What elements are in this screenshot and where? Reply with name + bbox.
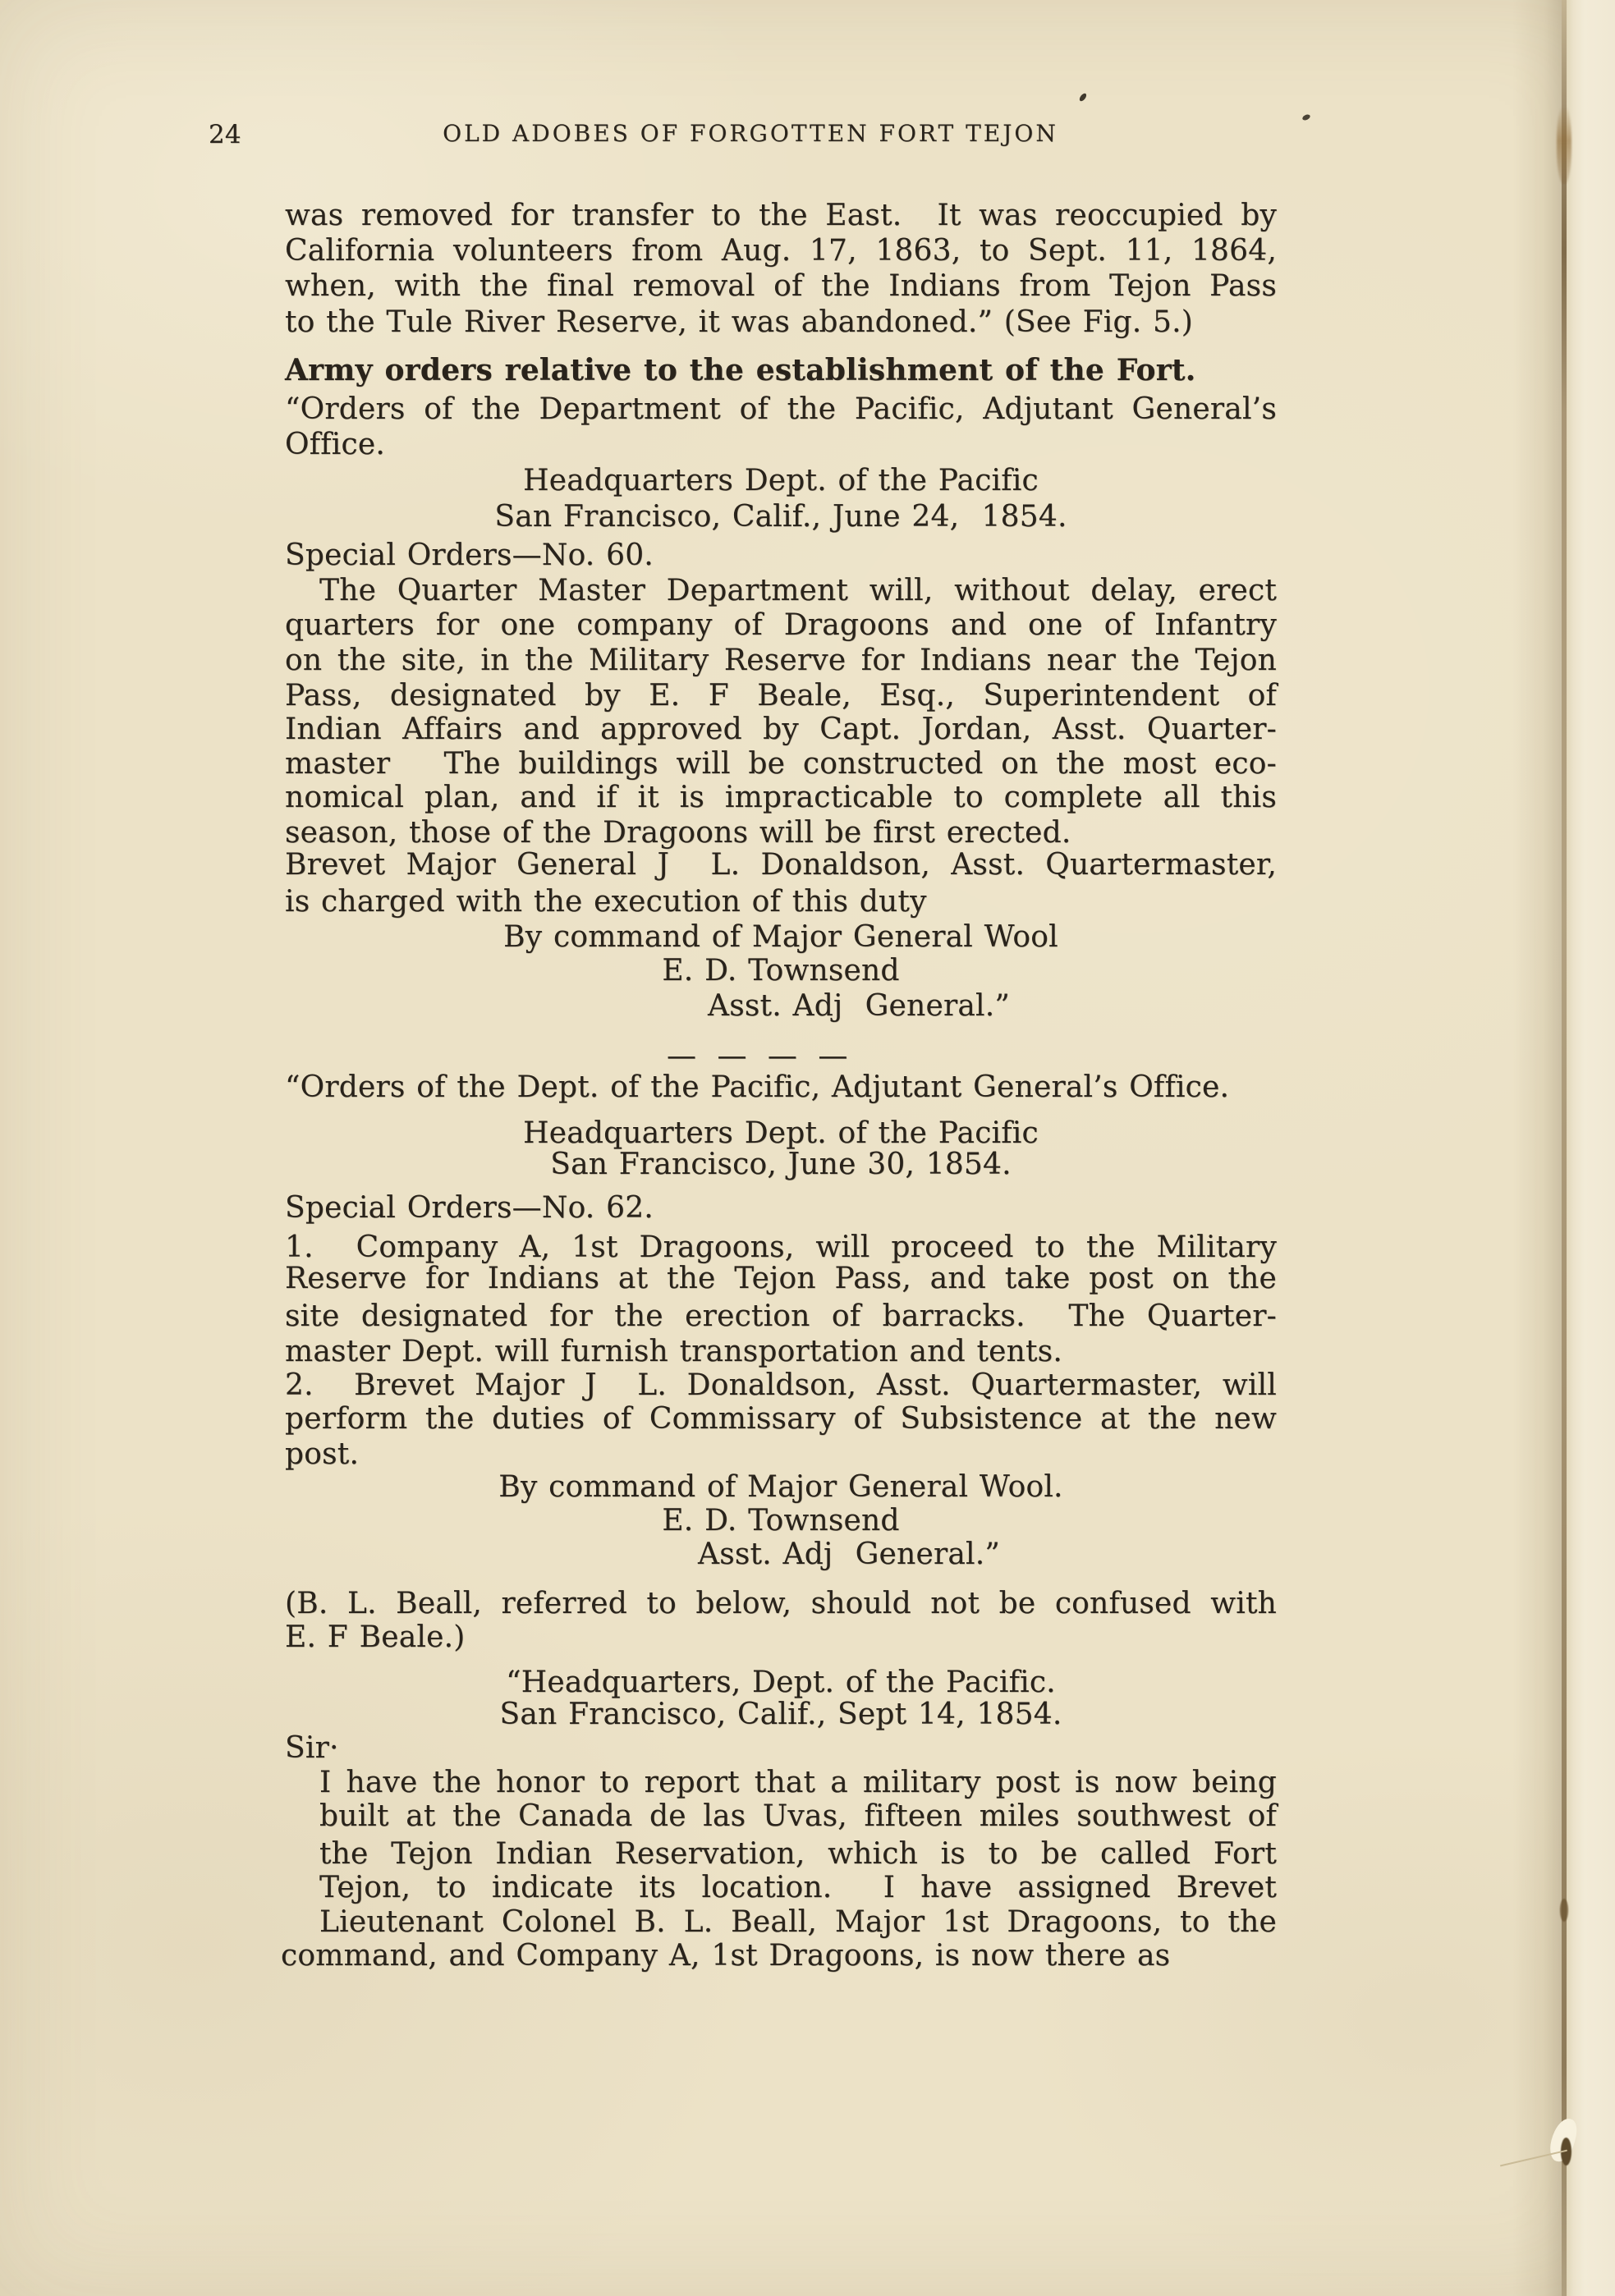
orders60-dateline: San Francisco, Calif., June 24, 1854. xyxy=(285,500,1277,534)
page-number: 24 xyxy=(209,121,241,149)
running-title: OLD ADOBES OF FORGOTTEN FORT TEJON xyxy=(422,120,1079,148)
section-divider: — — — — xyxy=(667,1039,852,1074)
orders62-body-line: post. xyxy=(285,1437,359,1472)
adjacent-page-edge xyxy=(1567,0,1615,2296)
paper-speck xyxy=(1301,113,1311,121)
note-line: E. F Beale.) xyxy=(285,1620,466,1655)
orders62-body-line: 2. Brevet Major J L. Donaldson, Asst. Qu… xyxy=(285,1368,1277,1403)
intro-line: California volunteers from Aug. 17, 1863… xyxy=(285,234,1277,268)
paper-speck xyxy=(1078,92,1088,102)
orders62-body-line: 1. Company A, 1st Dragoons, will proceed… xyxy=(285,1230,1277,1265)
letter-body-line: Tejon, to indicate its location. I have … xyxy=(319,1871,1277,1905)
orders62-body-line: site designated for the erection of barr… xyxy=(285,1299,1277,1334)
letter-body-line: I have the honor to report that a milita… xyxy=(319,1766,1277,1800)
orders60-body-line: Indian Affairs and approved by Capt. Jor… xyxy=(285,713,1277,747)
orders62-intro-line: “Orders of the Dept. of the Pacific, Adj… xyxy=(285,1070,1229,1105)
orders60-body-line: Pass, designated by E. F Beale, Esq., Su… xyxy=(285,679,1277,713)
orders62-signature-title: Asst. Adj General.” xyxy=(698,1538,1000,1572)
orders60-body-line: quarters for one company of Dragoons and… xyxy=(285,608,1277,643)
orders60-body-line: is charged with the execution of this du… xyxy=(285,885,927,919)
seam-stain xyxy=(1557,105,1571,184)
intro-line: when, with the final removal of the Indi… xyxy=(285,269,1277,304)
letter-dateline: San Francisco, Calif., Sept 14, 1854. xyxy=(285,1698,1277,1732)
note-line: (B. L. Beall, referred to below, should … xyxy=(285,1587,1277,1621)
orders62-body-line: perform the duties of Commissary of Subs… xyxy=(285,1402,1277,1437)
letter-salutation: Sir· xyxy=(285,1731,339,1766)
heading-army-orders: Army orders relative to the establishmen… xyxy=(285,353,1195,387)
orders62-signature: E. D. Townsend xyxy=(285,1504,1277,1538)
orders62-body-line: master Dept. will furnish transportation… xyxy=(285,1335,1062,1369)
orders60-order-number: Special Orders—No. 60. xyxy=(285,538,654,573)
page-seam xyxy=(1562,0,1567,2296)
letter-body-line: Lieutenant Colonel B. L. Beall, Major 1s… xyxy=(319,1905,1277,1940)
letter-body-line: the Tejon Indian Reservation, which is t… xyxy=(319,1837,1277,1872)
orders60-signature: E. D. Townsend xyxy=(285,954,1277,988)
orders60-intro-line: Office. xyxy=(285,428,385,462)
orders60-body-line: season, those of the Dragoons will be fi… xyxy=(285,816,1071,850)
letter-body-line: command, and Company A, 1st Dragoons, is… xyxy=(281,1939,1170,1973)
orders60-body-line: on the site, in the Military Reserve for… xyxy=(285,644,1277,678)
page-gutter-shadow xyxy=(1512,0,1562,2296)
letter-headquarters: “Headquarters, Dept. of the Pacific. xyxy=(285,1666,1277,1700)
orders60-body-line: The Quarter Master Department will, with… xyxy=(319,574,1277,608)
orders62-headquarters: Headquarters Dept. of the Pacific xyxy=(285,1116,1277,1151)
orders62-body-line: Reserve for Indians at the Tejon Pass, a… xyxy=(285,1262,1277,1296)
orders60-by-command: By command of Major General Wool xyxy=(285,920,1277,955)
orders60-body-line: nomical plan, and if it is impracticable… xyxy=(285,781,1277,815)
seam-stain xyxy=(1560,1899,1568,1922)
orders62-dateline: San Francisco, June 30, 1854. xyxy=(285,1148,1365,1182)
intro-line: to the Tule River Reserve, it was abando… xyxy=(285,305,1193,340)
orders60-body-line: master The buildings will be constructed… xyxy=(285,747,1277,781)
book-page: 24 OLD ADOBES OF FORGOTTEN FORT TEJON wa… xyxy=(0,0,1615,2296)
orders62-order-number: Special Orders—No. 62. xyxy=(285,1191,654,1226)
orders60-intro-line: “Orders of the Department of the Pacific… xyxy=(285,392,1277,427)
orders60-body-line: Brevet Major General J L. Donaldson, Ass… xyxy=(285,848,1277,882)
orders62-by-command: By command of Major General Wool. xyxy=(285,1470,1277,1505)
letter-body-line: built at the Canada de las Uvas, fifteen… xyxy=(319,1799,1277,1834)
intro-line: was removed for transfer to the East. It… xyxy=(285,199,1277,233)
orders60-headquarters: Headquarters Dept. of the Pacific xyxy=(285,464,1277,498)
orders60-signature-title: Asst. Adj General.” xyxy=(708,989,1010,1024)
